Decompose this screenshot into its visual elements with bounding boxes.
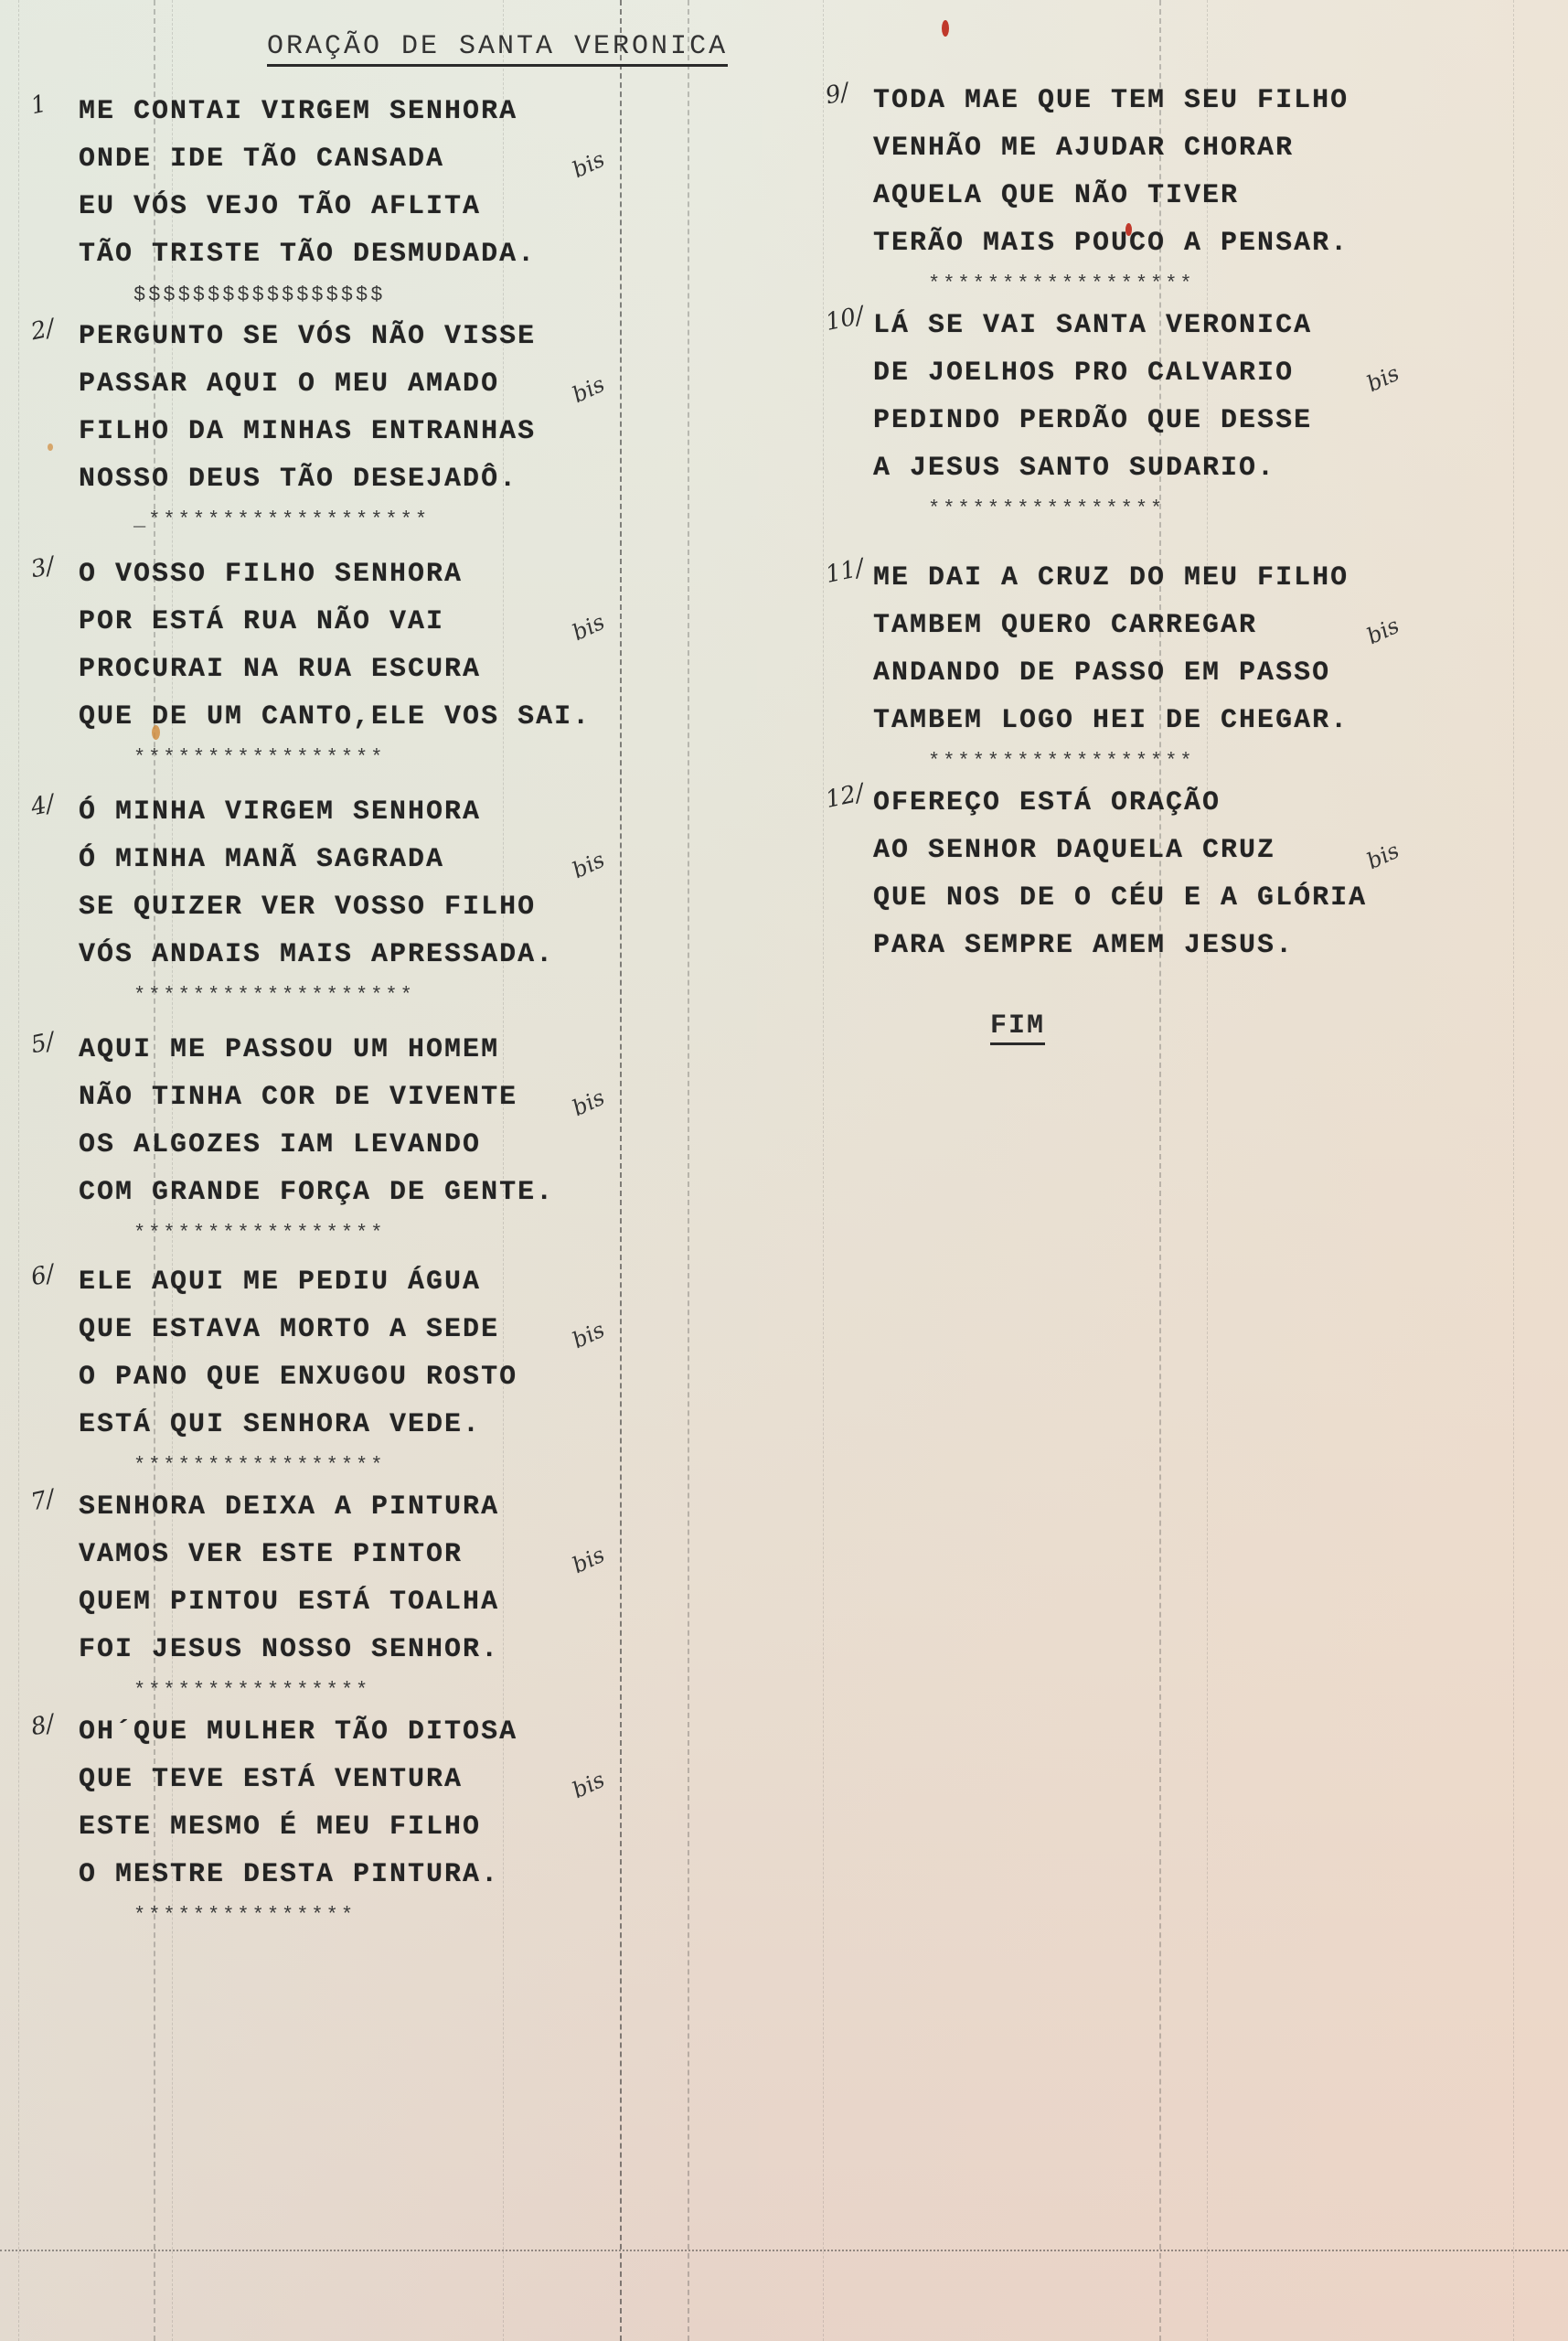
ruling-line [688, 0, 689, 2341]
stanza: 5/AQUI ME PASSOU UM HOMEMNÃO TINHA COR D… [79, 1026, 627, 1251]
right-column: 9/TODA MAE QUE TEM SEU FILHOVENHÃO ME AJ… [873, 77, 1513, 969]
verse-line: QUE ESTAVA MORTO A SEDE [79, 1306, 627, 1353]
verse-line: VENHÃO ME AJUDAR CHORAR [873, 124, 1513, 172]
verse-line: OH´QUE MULHER TÃO DITOSA [79, 1708, 627, 1756]
stanza-number-annotation: 9/ [823, 79, 851, 111]
verse-line: TAMBEM QUERO CARREGAR [873, 602, 1513, 649]
stanza-number-annotation: 12/ [823, 779, 866, 814]
stanza-number-annotation: 8/ [28, 1710, 57, 1742]
stanza-number-annotation: 7/ [28, 1485, 57, 1517]
stanza: 4/Ó MINHA VIRGEM SENHORAÓ MINHA MANÃ SAG… [79, 788, 627, 1013]
verse-line: NÃO TINHA COR DE VIVENTE [79, 1074, 627, 1121]
stanza: 3/O VOSSO FILHO SENHORAPOR ESTÁ RUA NÃO … [79, 551, 627, 775]
verse-line: FILHO DA MINHAS ENTRANHAS [79, 408, 627, 455]
bottom-rule [0, 2250, 1568, 2251]
stanza-separator: ****************** [873, 267, 1513, 302]
verse-line: PROCURAI NA RUA ESCURA [79, 646, 627, 693]
verse-line: ME CONTAI VIRGEM SENHORA [79, 88, 627, 135]
stanza: 8/OH´QUE MULHER TÃO DITOSAQUE TEVE ESTÁ … [79, 1708, 627, 1933]
verse-line: OS ALGOZES IAM LEVANDO [79, 1121, 627, 1169]
verse-line: QUE NOS DE O CÉU E A GLÓRIA [873, 874, 1513, 922]
verse-line: VÓS ANDAIS MAIS APRESSADA. [79, 931, 627, 978]
stanza-separator: ******************* [79, 978, 627, 1013]
stanza: 2/PERGUNTO SE VÓS NÃO VISSEPASSAR AQUI O… [79, 313, 627, 538]
verse-line: POR ESTÁ RUA NÃO VAI [79, 598, 627, 646]
ruling-line [1513, 0, 1514, 2341]
verse-line: SE QUIZER VER VOSSO FILHO [79, 883, 627, 931]
verse-line: EU VÓS VEJO TÃO AFLITA [79, 183, 627, 230]
verse-line: AO SENHOR DAQUELA CRUZ [873, 827, 1513, 874]
stanza-number-annotation: 4/ [28, 790, 57, 822]
end-marker: FIM [990, 1010, 1045, 1045]
stanza-separator: $$$$$$$$$$$$$$$$$ [79, 278, 627, 313]
stanza: 12/OFEREÇO ESTÁ ORAÇÃOAO SENHOR DAQUELA … [873, 779, 1513, 969]
verse-line: AQUI ME PASSOU UM HOMEM [79, 1026, 627, 1074]
verse-line: TERÃO MAIS POUCO A PENSAR. [873, 219, 1513, 267]
stanza-separator: ****************** [873, 744, 1513, 779]
left-column: 1ME CONTAI VIRGEM SENHORAONDE IDE TÃO CA… [79, 88, 627, 1933]
verse-line: PERGUNTO SE VÓS NÃO VISSE [79, 313, 627, 360]
verse-line: PEDINDO PERDÃO QUE DESSE [873, 397, 1513, 444]
stanza-number-annotation: 10/ [823, 302, 866, 337]
stanza: 1ME CONTAI VIRGEM SENHORAONDE IDE TÃO CA… [79, 88, 627, 313]
verse-line: ESTÁ QUI SENHORA VEDE. [79, 1401, 627, 1448]
stanza-separator: *************** [79, 1898, 627, 1933]
verse-line: TODA MAE QUE TEM SEU FILHO [873, 77, 1513, 124]
stanza-number-annotation: 1 [28, 91, 48, 121]
verse-line: QUEM PINTOU ESTÁ TOALHA [79, 1578, 627, 1626]
ruling-line [823, 0, 824, 2341]
verse-line: QUE DE UM CANTO,ELE VOS SAI. [79, 693, 627, 741]
verse-line: PASSAR AQUI O MEU AMADO [79, 360, 627, 408]
red-ink-stain [942, 20, 949, 37]
verse-line: A JESUS SANTO SUDARIO. [873, 444, 1513, 492]
verse-line: COM GRANDE FORÇA DE GENTE. [79, 1169, 627, 1216]
stanza-number-annotation: 5/ [28, 1028, 57, 1060]
verse-line: QUE TEVE ESTÁ VENTURA [79, 1756, 627, 1803]
stanza-number-annotation: 6/ [28, 1260, 57, 1292]
verse-line: Ó MINHA VIRGEM SENHORA [79, 788, 627, 836]
stanza-number-annotation: 11/ [823, 554, 866, 589]
verse-line: PARA SEMPRE AMEM JESUS. [873, 922, 1513, 969]
stanza-separator: **************** [873, 492, 1513, 527]
stanza: 6/ELE AQUI ME PEDIU ÁGUAQUE ESTAVA MORTO… [79, 1258, 627, 1483]
verse-line: NOSSO DEUS TÃO DESEJADÔ. [79, 455, 627, 503]
verse-line: O PANO QUE ENXUGOU ROSTO [79, 1353, 627, 1401]
stanza-separator: ***************** [79, 741, 627, 775]
stanza-separator: **************** [79, 1673, 627, 1708]
verse-line: O VOSSO FILHO SENHORA [79, 551, 627, 598]
verse-line: ELE AQUI ME PEDIU ÁGUA [79, 1258, 627, 1306]
stanza-separator: _******************* [79, 503, 627, 538]
verse-line: ESTE MESMO É MEU FILHO [79, 1803, 627, 1851]
document-title: ORAÇÃO DE SANTA VERONICA [267, 31, 728, 67]
verse-line: DE JOELHOS PRO CALVARIO [873, 349, 1513, 397]
stanza-number-annotation: 2/ [28, 315, 57, 347]
stanza-number-annotation: 3/ [28, 552, 57, 584]
stanza-separator: ***************** [79, 1448, 627, 1483]
verse-line: ME DAI A CRUZ DO MEU FILHO [873, 554, 1513, 602]
stanza: 7/SENHORA DEIXA A PINTURAVAMOS VER ESTE … [79, 1483, 627, 1708]
rust-stain [48, 444, 53, 451]
verse-line: ONDE IDE TÃO CANSADA [79, 135, 627, 183]
verse-line: O MESTRE DESTA PINTURA. [79, 1851, 627, 1898]
verse-line: SENHORA DEIXA A PINTURA [79, 1483, 627, 1531]
verse-line: Ó MINHA MANÃ SAGRADA [79, 836, 627, 883]
stanza: 10/LÁ SE VAI SANTA VERONICADE JOELHOS PR… [873, 302, 1513, 527]
ruling-line [18, 0, 19, 2341]
verse-line: AQUELA QUE NÃO TIVER [873, 172, 1513, 219]
verse-line: FOI JESUS NOSSO SENHOR. [79, 1626, 627, 1673]
verse-line: VAMOS VER ESTE PINTOR [79, 1531, 627, 1578]
stanza-separator: ***************** [79, 1216, 627, 1251]
verse-line: TÃO TRISTE TÃO DESMUDADA. [79, 230, 627, 278]
stanza: 11/ME DAI A CRUZ DO MEU FILHOTAMBEM QUER… [873, 554, 1513, 779]
verse-line: TAMBEM LOGO HEI DE CHEGAR. [873, 697, 1513, 744]
verse-line: LÁ SE VAI SANTA VERONICA [873, 302, 1513, 349]
verse-line: OFEREÇO ESTÁ ORAÇÃO [873, 779, 1513, 827]
verse-line: ANDANDO DE PASSO EM PASSO [873, 649, 1513, 697]
stanza: 9/TODA MAE QUE TEM SEU FILHOVENHÃO ME AJ… [873, 77, 1513, 302]
